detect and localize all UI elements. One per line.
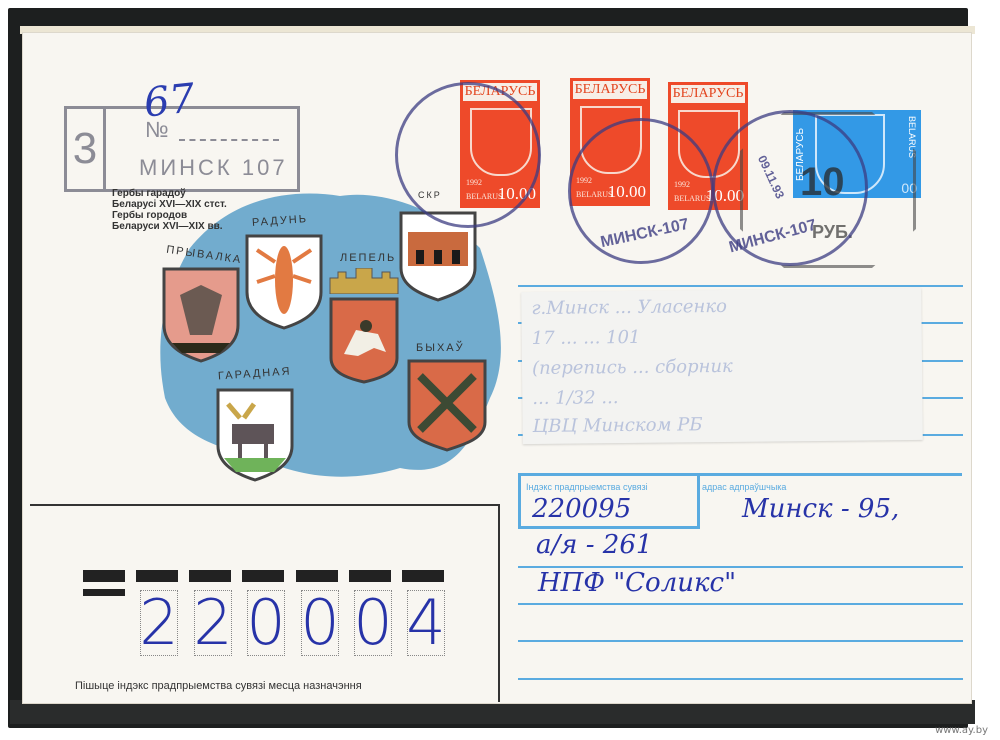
caption-line: Беларусі XVI—XIX стст. <box>112 199 227 210</box>
handwritten-registration-number: 67 <box>142 75 197 126</box>
label-lepel: ЛЕПЕЛЬ <box>340 252 396 264</box>
coat-of-arms-bykhau <box>406 358 488 452</box>
faint-text: ЦВЦ Минском РБ <box>533 414 703 437</box>
postcode-bar <box>136 570 178 582</box>
postmark <box>395 82 541 228</box>
coat-of-arms-pryvalka <box>160 265 242 363</box>
registration-city: МИНСК 107 <box>139 155 288 181</box>
postcode-digit: 0 <box>354 590 392 656</box>
coat-of-arms-radun <box>243 232 325 330</box>
postcode-digit: 2 <box>140 590 178 656</box>
postcode-bar <box>242 570 284 582</box>
address-line <box>518 285 963 287</box>
address-line <box>518 640 963 642</box>
mural-crown <box>328 268 400 294</box>
postcode-bar <box>189 570 231 582</box>
postcode-bar <box>296 570 338 582</box>
postcode-digit: 0 <box>301 590 339 656</box>
faint-text: (перепись ... сборник <box>532 356 733 379</box>
postcode-bar-short <box>83 589 125 596</box>
illustration-caption: Гербы гарадоў Беларусі XVI—XIX стст. Гер… <box>112 188 227 232</box>
handwritten-address-line3: НПФ "Соликс" <box>538 568 736 598</box>
coat-of-arms-lepel <box>328 296 400 384</box>
address-line <box>518 678 963 680</box>
handwritten-index: 220095 <box>532 494 631 524</box>
postcode-bar <box>402 570 444 582</box>
watermark: www.ay.by <box>935 725 988 736</box>
handwritten-address-line2: а/я - 261 <box>536 530 652 560</box>
caption-line: Гербы гарадоў <box>112 188 227 199</box>
label-bykhau: БЫХАЎ <box>416 342 465 354</box>
stamp-country: БЕЛАРУСЬ <box>573 81 647 99</box>
faint-text: ... 1/32 ... <box>532 387 618 409</box>
handwritten-address-line1: Минск - 95, <box>742 494 899 524</box>
faint-text: 17 ... ... 101 <box>532 327 641 349</box>
address-label: адрас адпраўшчыка <box>702 482 786 492</box>
postcode-caption: Пішыце індэкс прадпрыемства сувязі месца… <box>75 680 362 692</box>
caption-line: Гербы городов <box>112 210 227 221</box>
registration-mark: 3 <box>67 109 106 189</box>
postcode-bar <box>83 570 125 582</box>
postcode-digit: 4 <box>407 590 445 656</box>
postcode-digit: 0 <box>247 590 285 656</box>
stamp-country: БЕЛАРУСЬ <box>671 85 745 103</box>
caption-line: Беларуси XVI—XIX вв. <box>112 221 227 232</box>
postcode-digit: 2 <box>194 590 232 656</box>
sender-address-sticker: г.Минск ... Уласенко 17 ... ... 101 (пер… <box>521 288 923 444</box>
postcode-bar <box>349 570 391 582</box>
address-line <box>518 603 963 605</box>
index-label: Індэкс прадпрыемства сувязі <box>526 482 648 492</box>
number-line <box>179 139 279 141</box>
coat-of-arms-garadnaya <box>214 386 296 482</box>
faint-text: г.Минск ... Уласенко <box>531 296 727 319</box>
